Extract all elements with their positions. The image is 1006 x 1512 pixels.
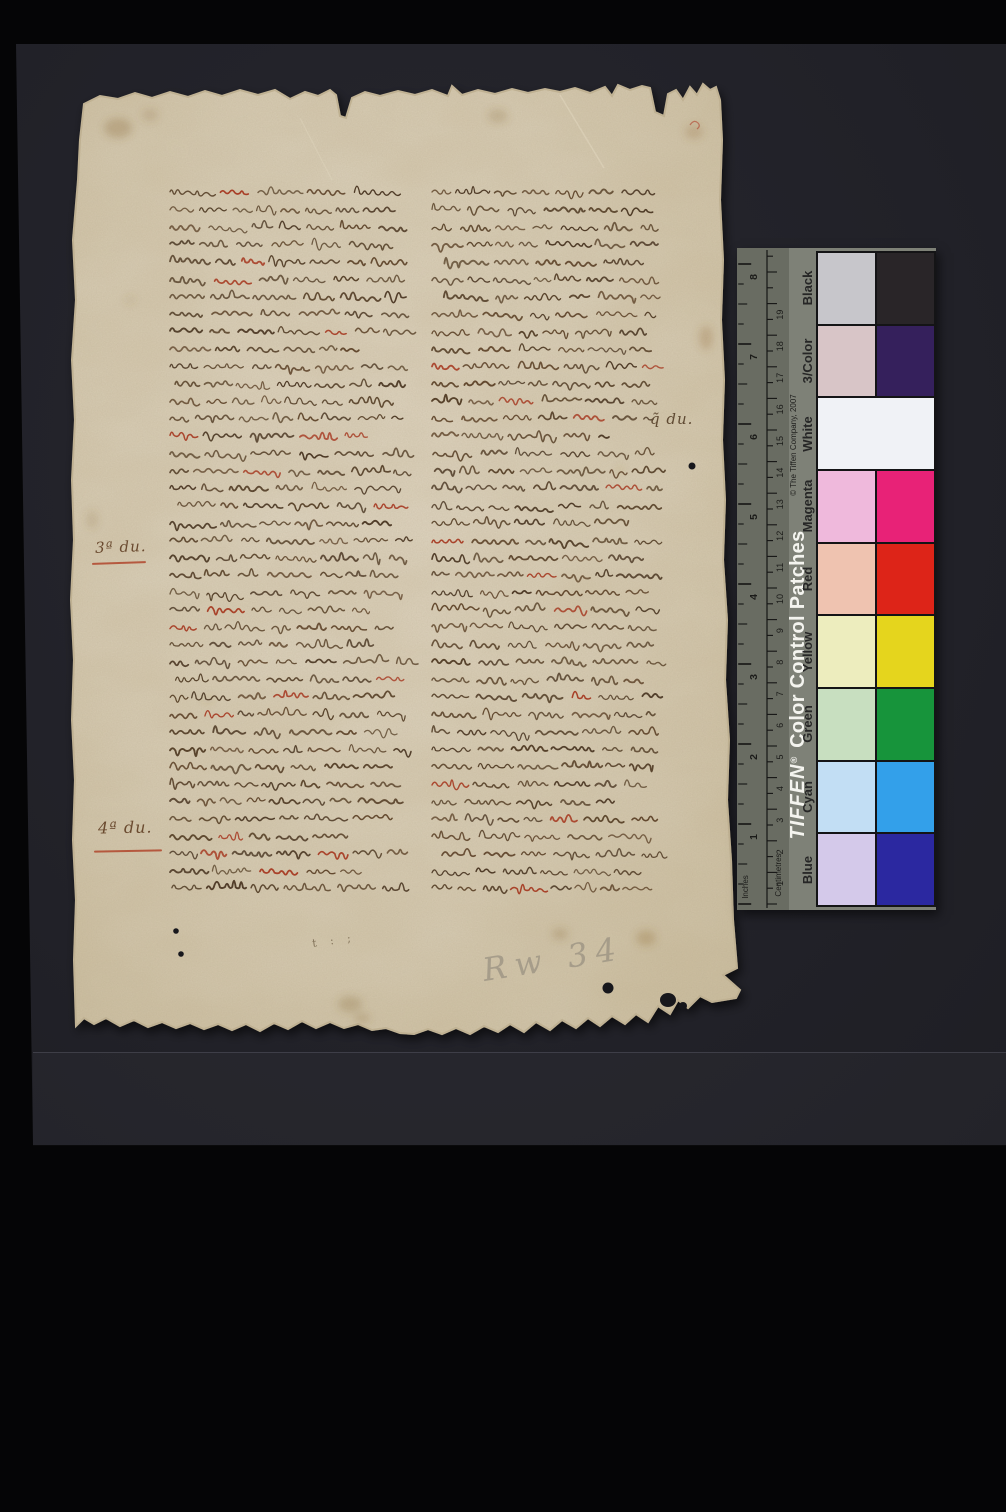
ruler-number-cm-15: 15 bbox=[775, 436, 785, 446]
photograph-of-manuscript-leaf: 3ª du. 4ª du. q̃ du. Rw 34 t : ; 1234567… bbox=[0, 0, 1006, 1512]
registered-mark-icon: ® bbox=[789, 757, 799, 764]
patch-blue-pastel bbox=[818, 834, 875, 905]
patch-red-saturated bbox=[877, 544, 934, 615]
patch-yellow-saturated bbox=[877, 616, 934, 687]
ruler-number-inch-6: 6 bbox=[748, 434, 760, 440]
patch-red-pastel bbox=[818, 544, 875, 615]
patch-3-color-saturated bbox=[877, 326, 934, 397]
patch-cyan-pastel bbox=[818, 762, 875, 833]
patch-white bbox=[818, 398, 934, 469]
ruler-number-cm-16: 16 bbox=[775, 404, 785, 414]
patch-magenta-pastel bbox=[818, 471, 875, 542]
ruler-scales: 1234567812345678910111213141516171819 bbox=[737, 248, 789, 910]
margin-note-4a-du: 4ª du. bbox=[98, 818, 153, 838]
ruler-number-inch-3: 3 bbox=[748, 674, 760, 680]
patch-green-pastel bbox=[818, 689, 875, 760]
ruler-number-cm-19: 19 bbox=[775, 310, 785, 320]
ruler-number-inch-2: 2 bbox=[748, 754, 760, 760]
ruler-number-inch-4: 4 bbox=[748, 594, 760, 600]
patch-green-saturated bbox=[877, 689, 934, 760]
patch-black-pastel bbox=[818, 253, 875, 324]
patch-blue-saturated bbox=[877, 834, 934, 905]
patch-magenta-saturated bbox=[877, 471, 934, 542]
ruler-number-cm-17: 17 bbox=[775, 373, 785, 383]
color-control-card: 1234567812345678910111213141516171819 In… bbox=[737, 248, 936, 910]
patch-black-saturated bbox=[877, 253, 934, 324]
patch-label-blue: Blue bbox=[801, 815, 815, 925]
inches-label: Inches bbox=[741, 852, 751, 922]
patch-yellow-pastel bbox=[818, 616, 875, 687]
ruler-number-inch-7: 7 bbox=[748, 354, 760, 360]
margin-note-3a-du: 3ª du. bbox=[95, 537, 147, 557]
ruler-strip: 1234567812345678910111213141516171819 bbox=[737, 248, 789, 910]
ruler-number-cm-18: 18 bbox=[775, 341, 785, 351]
margin-note-q-du: q̃ du. bbox=[650, 410, 693, 428]
patch-cyan-saturated bbox=[877, 762, 934, 833]
ruler-number-inch-1: 1 bbox=[748, 834, 760, 840]
ruler-number-inch-8: 8 bbox=[748, 274, 760, 280]
patch-grid bbox=[816, 251, 936, 907]
ruler-number-inch-5: 5 bbox=[748, 514, 760, 520]
patch-3-color-pastel bbox=[818, 326, 875, 397]
